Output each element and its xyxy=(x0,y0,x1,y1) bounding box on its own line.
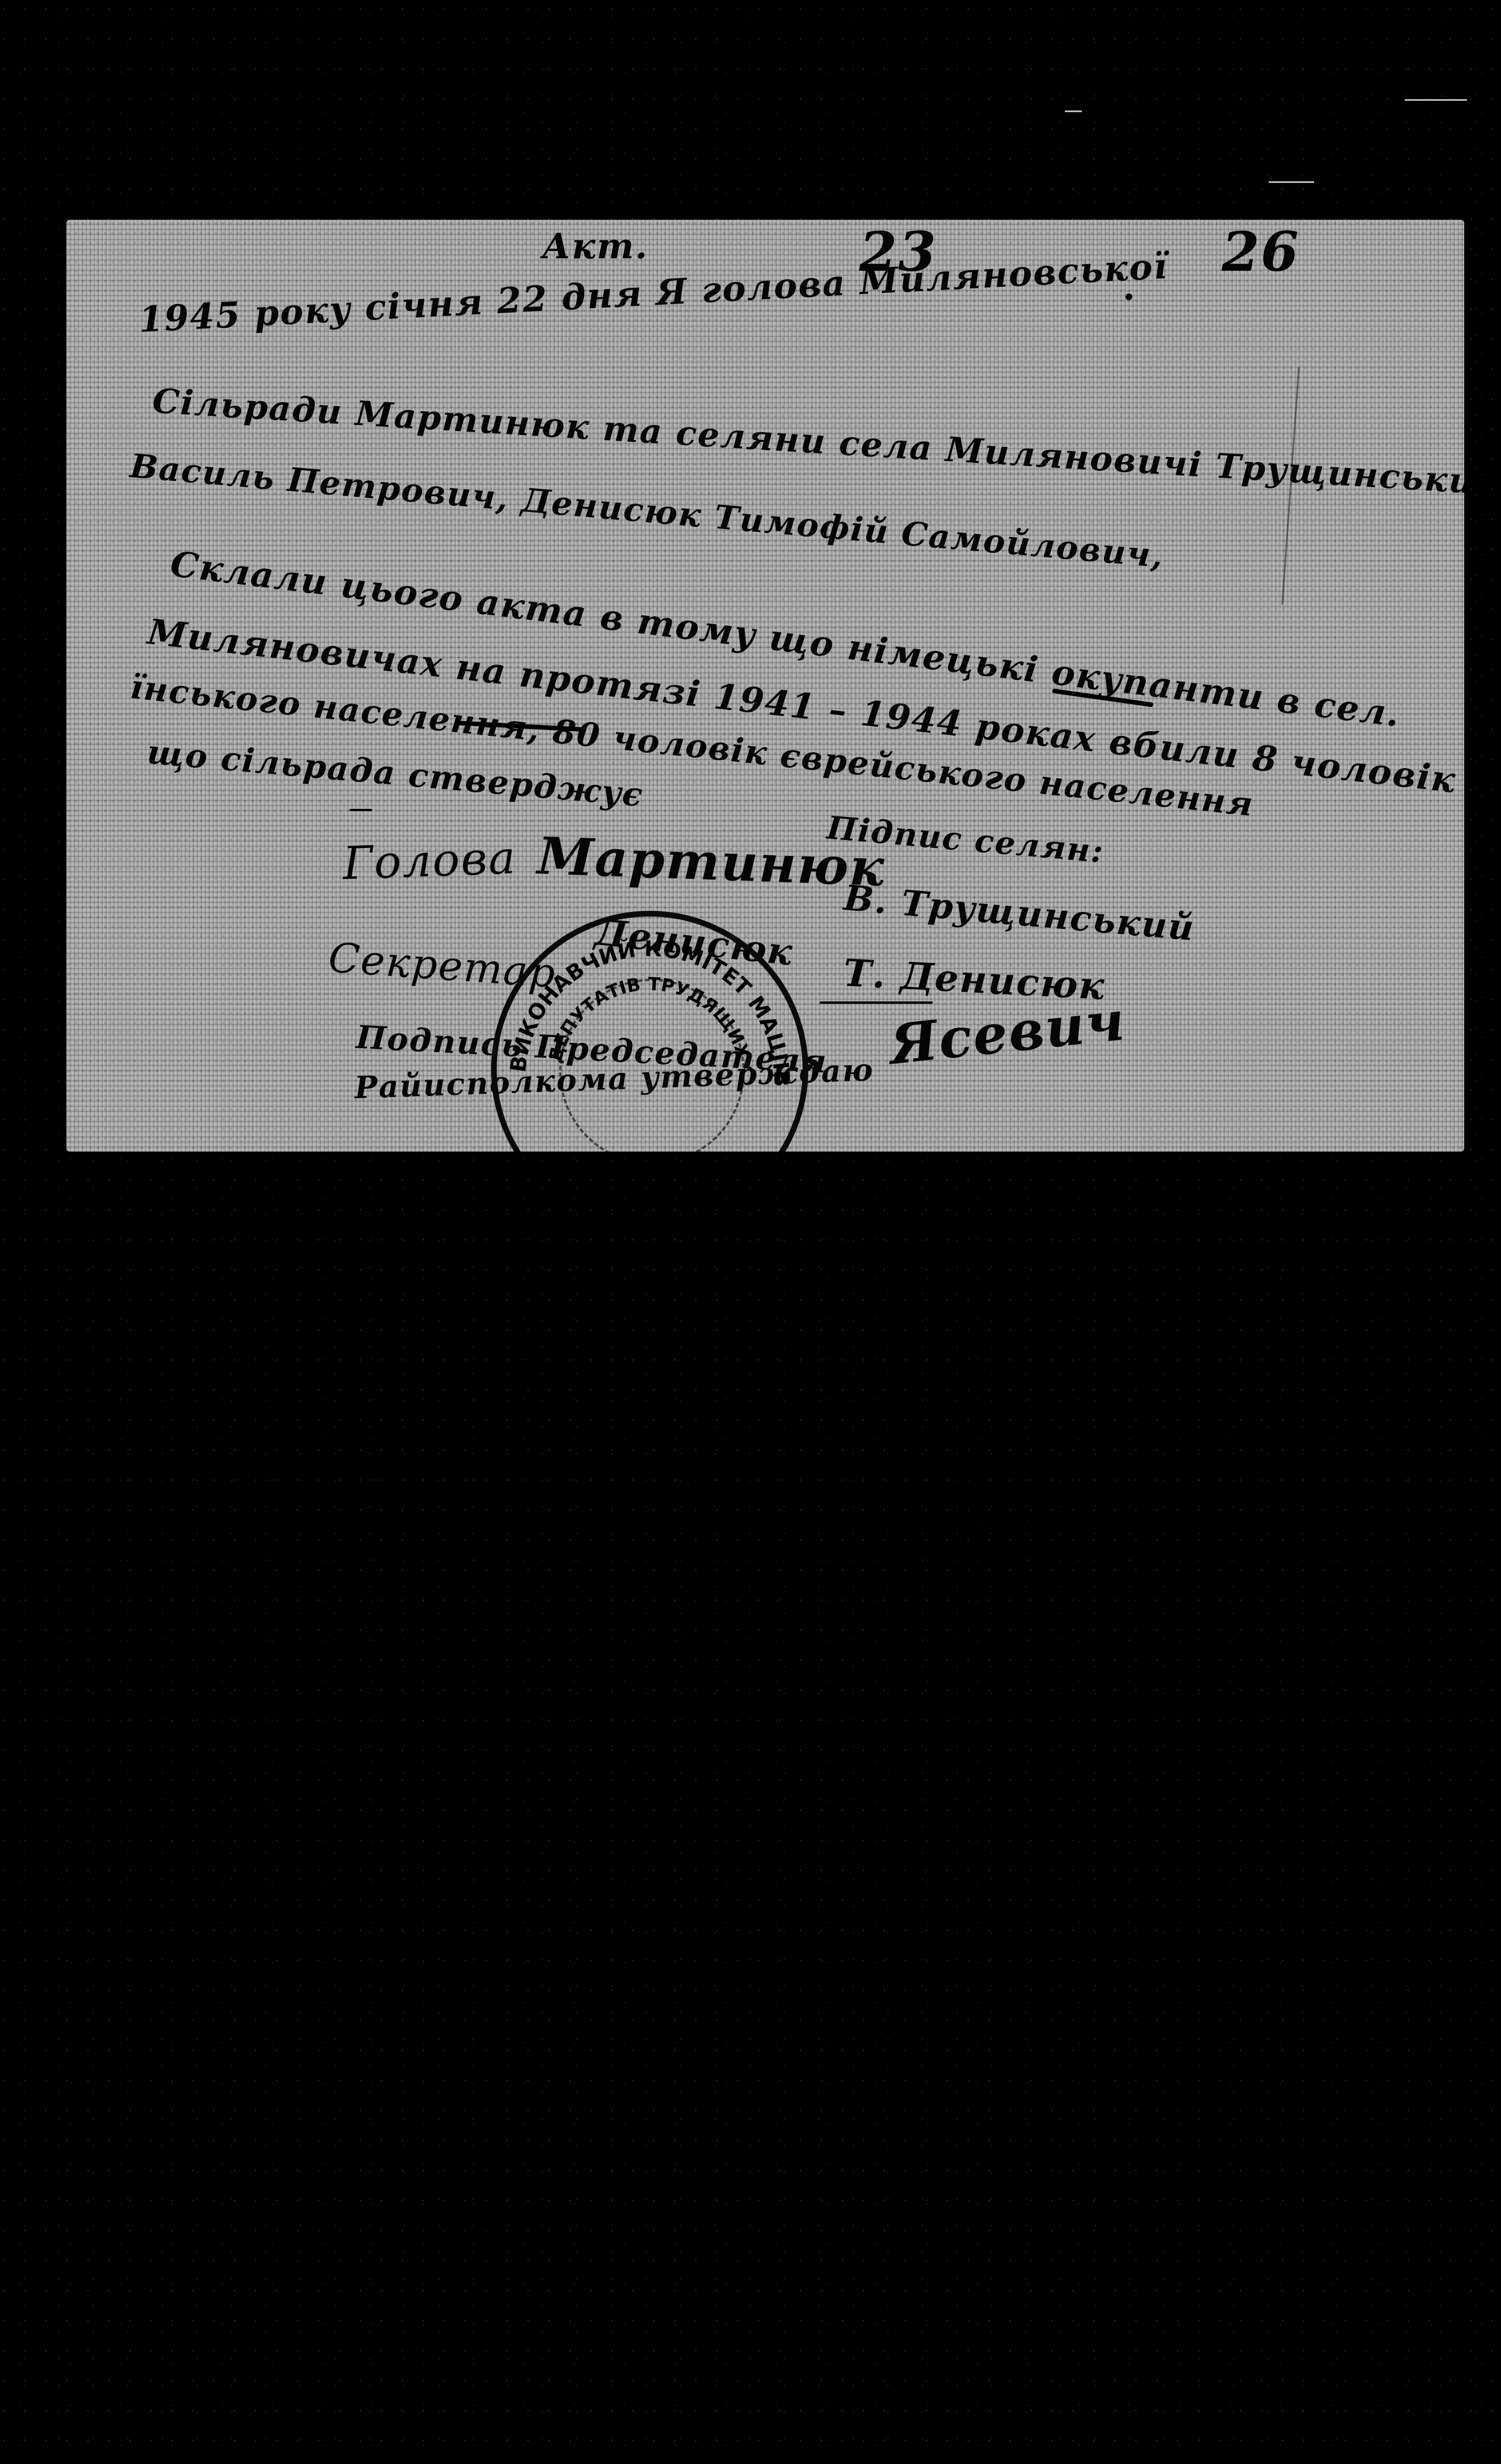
stamp-text-ring: ВИКОНАВЧИЙ КОМІТЕТ МАЦІЇВСЬКОЇ ДЕПУТАТІВ… xyxy=(491,911,808,1152)
sheet-number: 26 xyxy=(1222,220,1300,284)
body-line-1: 1945 року січня 22 дня Я голова Миляновс… xyxy=(138,245,1169,340)
document-card: Акт. 23 26 1945 року січня 22 дня Я голо… xyxy=(66,220,1464,1152)
underline-stverdzhuie xyxy=(349,809,372,811)
scan-artifact xyxy=(1065,110,1082,112)
official-round-stamp: ВИКОНАВЧИЙ КОМІТЕТ МАЦІЇВСЬКОЇ ДЕПУТАТІВ… xyxy=(491,911,808,1152)
scan-artifact xyxy=(1269,181,1314,183)
ink-dot xyxy=(1125,293,1132,300)
document-title: Акт. xyxy=(542,225,649,267)
witness-underline xyxy=(820,1001,933,1004)
chairman-label: Голова xyxy=(342,831,518,890)
witness-signature-1: В. Трущинський xyxy=(842,877,1197,949)
svg-text:ВИКОНАВЧИЙ КОМІТЕТ МАЦІЇВСЬКОЇ: ВИКОНАВЧИЙ КОМІТЕТ МАЦІЇВСЬКОЇ xyxy=(491,911,794,1087)
stamp-outer-text: ВИКОНАВЧИЙ КОМІТЕТ МАЦІЇВСЬКОЇ xyxy=(491,911,794,1087)
stamp-inner-text: ДЕПУТАТІВ ТРУДЯЩИХ xyxy=(544,973,754,1065)
svg-text:ДЕПУТАТІВ ТРУДЯЩИХ: ДЕПУТАТІВ ТРУДЯЩИХ xyxy=(544,973,754,1065)
scan-artifact xyxy=(1405,99,1467,101)
